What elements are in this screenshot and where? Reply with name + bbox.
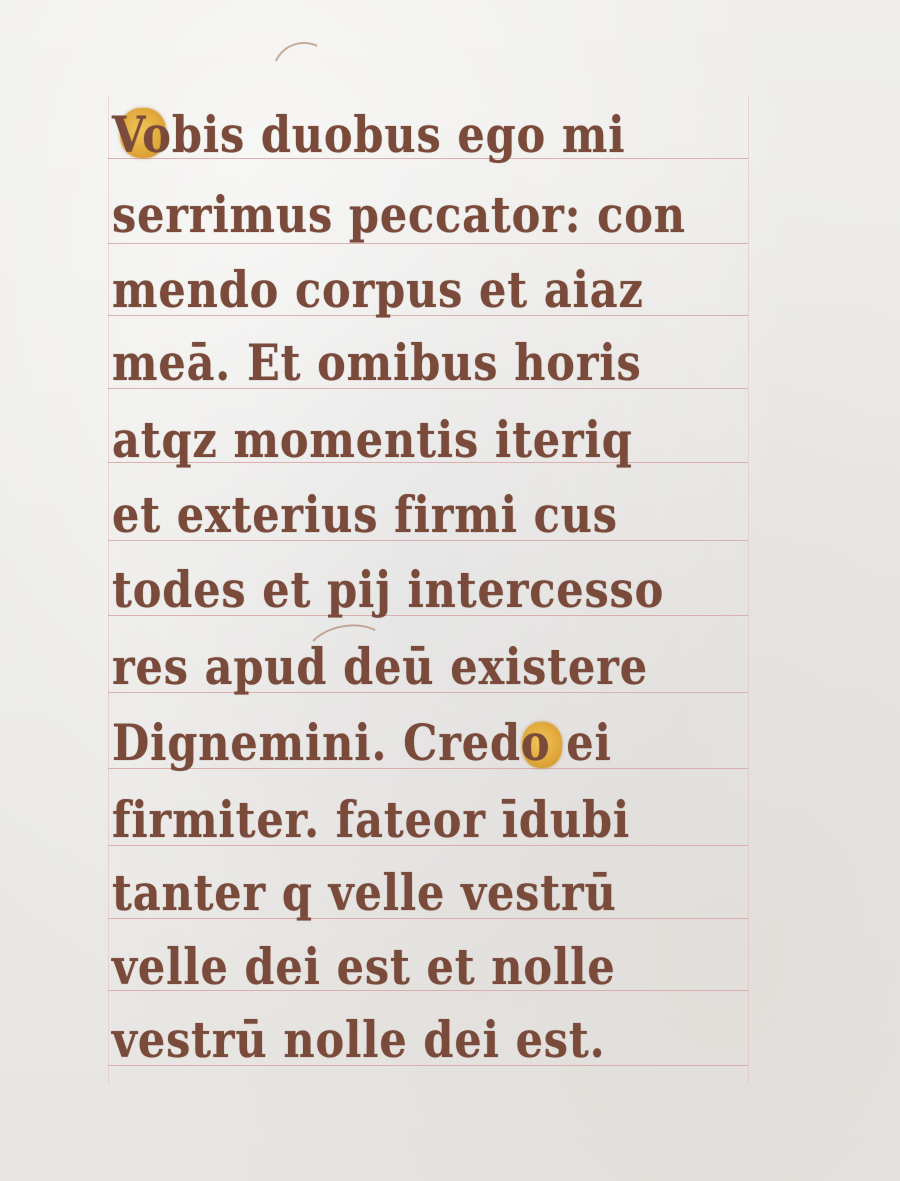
text-line-9: Dignemini. Credo ei	[112, 708, 671, 778]
text-line-10: firmiter. fateor īdubi	[112, 785, 671, 855]
margin-rule-right	[748, 95, 749, 1085]
text-line-13: vestrū nolle dei est.	[112, 1005, 671, 1075]
text-line-3: mendo corpus et aiaz	[112, 255, 671, 325]
text-line-2: serrimus peccator: con	[112, 180, 671, 250]
text-line-5: atqz momentis iteriq	[112, 405, 671, 475]
text-line-12: velle dei est et nolle	[112, 932, 671, 1002]
text-line-1: Vobis duobus ego mi	[112, 100, 671, 170]
text-line-7: todes et pij intercesso	[112, 555, 671, 625]
text-line-11: tanter q velle vestrū	[112, 858, 671, 928]
manuscript-page: Vobis duobus ego mi serrimus peccator: c…	[0, 0, 900, 1181]
text-line-4: meā. Et omibus horis	[112, 328, 671, 398]
text-line-8: res apud deū existere	[112, 632, 671, 702]
text-line-6: et exterius firmi cus	[112, 480, 671, 550]
